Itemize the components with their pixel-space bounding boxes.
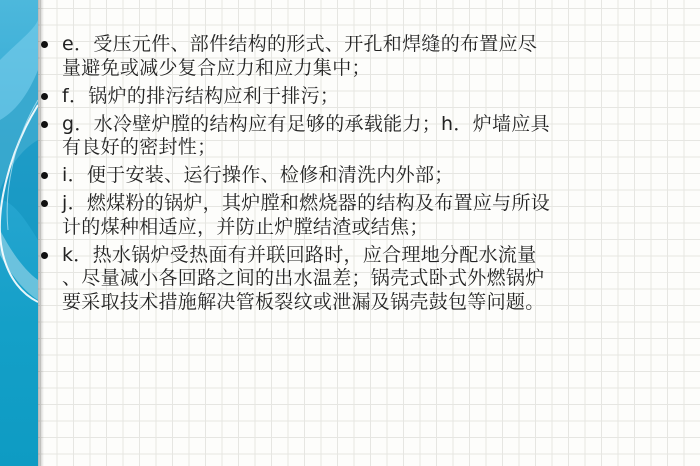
bullet-line: 计的煤种相适应，并防止炉膛结渣或结焦； <box>62 216 680 240</box>
bullet-dot-icon <box>41 41 48 48</box>
bullet-line: j．燃煤粉的锅炉，其炉膛和燃烧器的结构及布置应与所设 <box>62 192 680 216</box>
bullet-dot-icon <box>41 172 48 179</box>
bullet-item-g-h: g．水冷壁炉膛的结构应有足够的承载能力；h．炉墙应具 有良好的密封性； <box>40 113 680 160</box>
bullet-line: 要采取技术措施解决管板裂纹或泄漏及锅壳鼓包等问题。 <box>62 291 680 315</box>
bullet-line: f．锅炉的排污结构应利于排污； <box>62 85 680 109</box>
bullet-line: 、尽量减小各回路之间的出水温差；锅壳式卧式外燃锅炉 <box>62 267 680 291</box>
bullet-item-k: k．热水锅炉受热面有并联回路时，应合理地分配水流量 、尽量减小各回路之间的出水温… <box>40 244 680 315</box>
bullet-dot-icon <box>41 93 48 100</box>
slide-content: e．受压元件、部件结构的形式、开孔和焊缝的布置应尽 量避免或减少复合应力和应力集… <box>40 33 680 319</box>
bullet-item-e: e．受压元件、部件结构的形式、开孔和焊缝的布置应尽 量避免或减少复合应力和应力集… <box>40 33 680 80</box>
bullet-line: 有良好的密封性； <box>62 136 680 160</box>
bullet-dot-icon <box>41 252 48 259</box>
decorative-side-band <box>0 0 38 466</box>
bullet-line: i．便于安装、运行操作、检修和清洗内外部； <box>62 164 680 188</box>
requirements-list: e．受压元件、部件结构的形式、开孔和焊缝的布置应尽 量避免或减少复合应力和应力集… <box>40 33 680 314</box>
bullet-dot-icon <box>41 200 48 207</box>
bullet-line: e．受压元件、部件结构的形式、开孔和焊缝的布置应尽 <box>62 33 680 57</box>
bullet-dot-icon <box>41 121 48 128</box>
bullet-item-i: i．便于安装、运行操作、检修和清洗内外部； <box>40 164 680 188</box>
bullet-line: k．热水锅炉受热面有并联回路时，应合理地分配水流量 <box>62 244 680 268</box>
decorative-swoosh-icon <box>0 0 38 466</box>
bullet-line: g．水冷壁炉膛的结构应有足够的承载能力；h．炉墙应具 <box>62 113 680 137</box>
bullet-line: 量避免或减少复合应力和应力集中； <box>62 57 680 81</box>
bullet-item-j: j．燃煤粉的锅炉，其炉膛和燃烧器的结构及布置应与所设 计的煤种相适应，并防止炉膛… <box>40 192 680 239</box>
bullet-item-f: f．锅炉的排污结构应利于排污； <box>40 85 680 109</box>
